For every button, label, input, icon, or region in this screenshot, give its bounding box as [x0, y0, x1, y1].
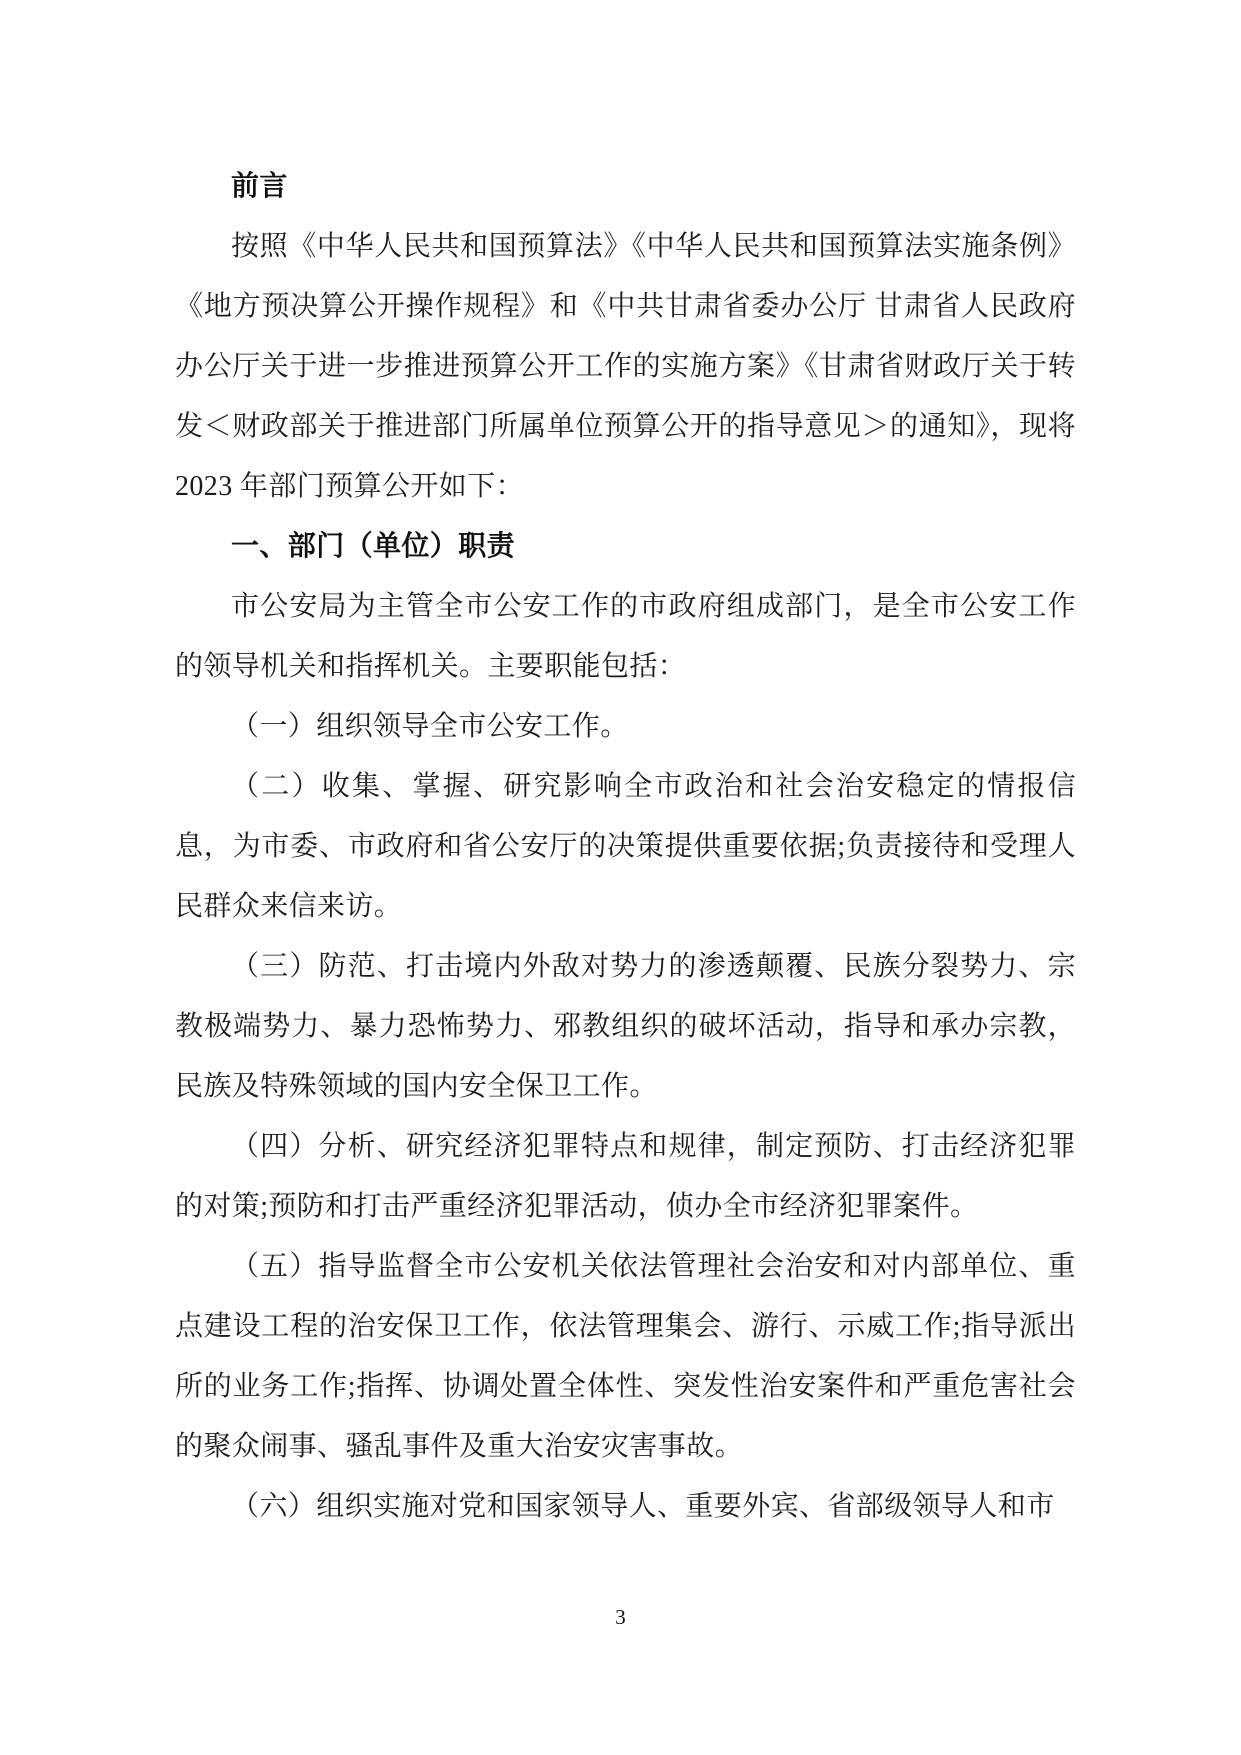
page-number: 3 — [0, 1604, 1241, 1630]
preface-paragraph: 按照《中华人民共和国预算法》《中华人民共和国预算法实施条例》《地方预决算公开操作… — [175, 217, 1076, 517]
duties-intro-paragraph: 市公安局为主管全市公安工作的市政府组成部门，是全市公安工作的领导机关和指挥机关。… — [175, 577, 1076, 697]
duty-item-1: （一）组织领导全市公安工作。 — [175, 697, 1076, 757]
duty-item-3: （三）防范、打击境内外敌对势力的渗透颠覆、民族分裂势力、宗教极端势力、暴力恐怖势… — [175, 937, 1076, 1117]
preface-heading: 前言 — [175, 157, 1076, 217]
duty-item-5: （五）指导监督全市公安机关依法管理社会治安和对内部单位、重点建设工程的治安保卫工… — [175, 1237, 1076, 1477]
document-page: 前言 按照《中华人民共和国预算法》《中华人民共和国预算法实施条例》《地方预决算公… — [0, 0, 1241, 1755]
duty-item-2: （二）收集、掌握、研究影响全市政治和社会治安稳定的情报信息，为市委、市政府和省公… — [175, 757, 1076, 937]
duty-item-4: （四）分析、研究经济犯罪特点和规律，制定预防、打击经济犯罪的对策;预防和打击严重… — [175, 1117, 1076, 1237]
document-body: 前言 按照《中华人民共和国预算法》《中华人民共和国预算法实施条例》《地方预决算公… — [175, 157, 1076, 1537]
duty-item-6: （六）组织实施对党和国家领导人、重要外宾、省部级领导人和市 — [175, 1477, 1076, 1537]
section-heading-duties: 一、部门（单位）职责 — [175, 517, 1076, 577]
